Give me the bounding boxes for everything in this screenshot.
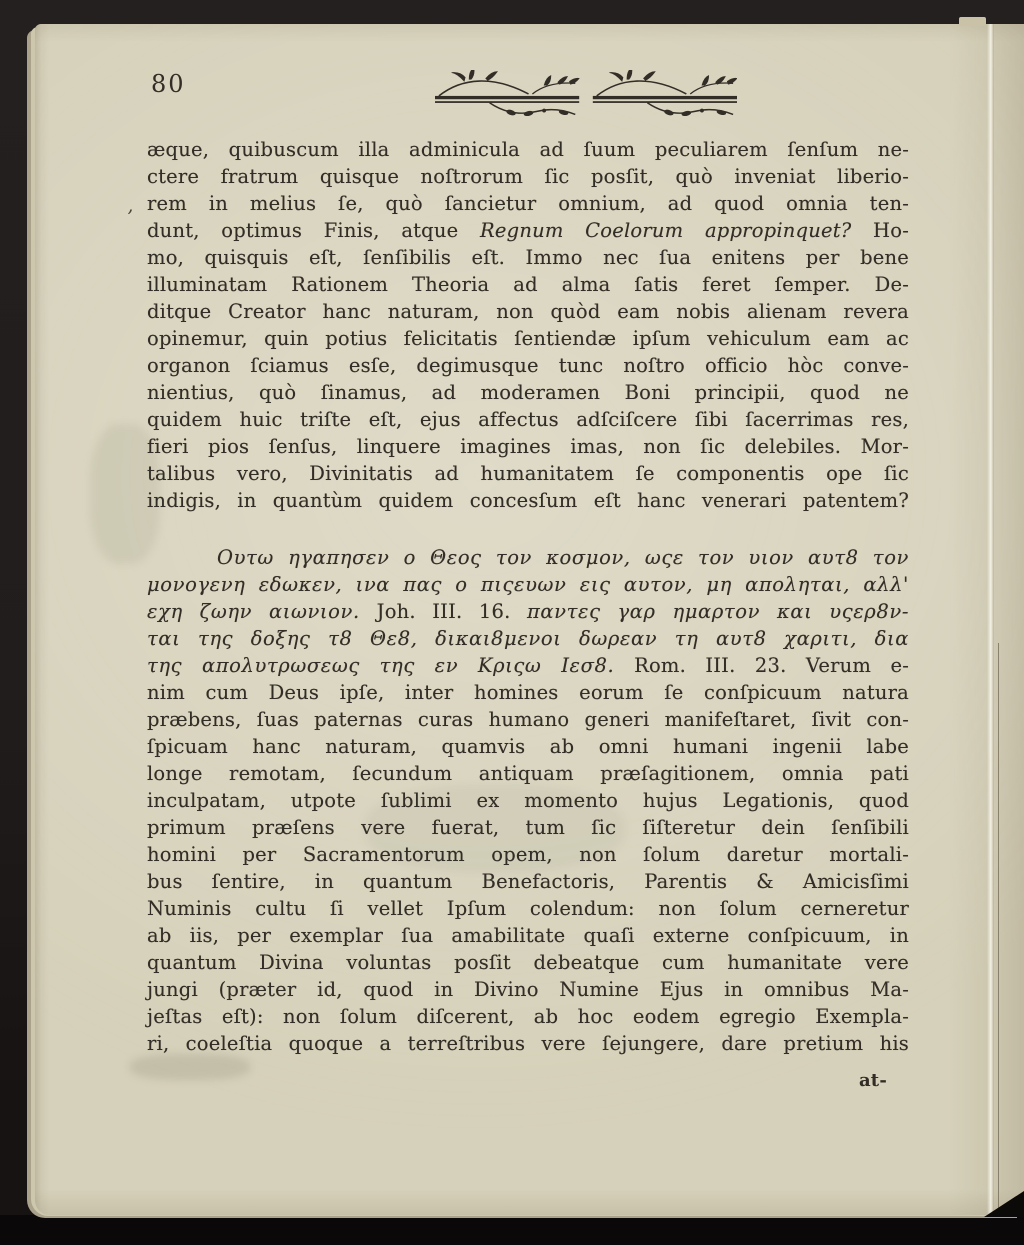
text-line: ab iis, per exemplar ſua amabilitate qua… [147, 922, 909, 949]
text-segment: παντες γαρ ημαρτον και υςερ8ν- [527, 600, 909, 623]
text-segment: μονογενη εδωκεν, ινα πας ο πιςευων εις α… [147, 573, 909, 596]
gutter-crease-line [998, 643, 999, 1211]
text-segment: Ho- [851, 219, 909, 242]
text-segment: talibus vero, Divinitatis ad humanitatem… [147, 462, 909, 485]
text-line: μονογενη εδωκεν, ινα πας ο πιςευων εις α… [147, 571, 909, 598]
text-segment: organon ſciamus esſe, degimusque tunc no… [147, 354, 909, 377]
text-line: talibus vero, Divinitatis ad humanitatem… [147, 460, 909, 487]
text-segment: primum præſens vere fuerat, tum ſic ſiſt… [147, 816, 909, 839]
text-line: præbens, ſuas paternas curas humano gene… [147, 706, 909, 733]
text-segment: ri, coeleſtia quoque a terreſtribus vere… [147, 1032, 909, 1055]
text-segment: εχη ζωην αιωνιον. [147, 600, 377, 623]
text-segment: rem in melius ſe, quò ſancietur omnium, … [147, 192, 909, 215]
text-line: εχη ζωην αιωνιον. Joh. III. 16. παντες γ… [147, 598, 909, 625]
text-segment: homini per Sacramentorum opem, non ſolum… [147, 843, 909, 866]
text-line: indigis, in quantùm quidem concesſum eſt… [147, 487, 909, 514]
text-line: Ουτω ηγαπησεν ο Θεος τον κοσμον, ωςε τον… [147, 544, 909, 571]
text-segment: inculpatam, utpote ſublimi ex momento hu… [147, 789, 909, 812]
text-segment: præbens, ſuas paternas curas humano gene… [147, 708, 909, 731]
text-segment: bus ſentire, in quantum Benefactoris, Pa… [147, 870, 909, 893]
paragraph-2: Ουτω ηγαπησεν ο Θεος τον κοσμον, ωςε τον… [147, 544, 909, 1057]
text-segment: mo, quisquis eſt, ſenſibilis eſt. Immo n… [147, 246, 909, 269]
text-segment: fieri pios ſenſus, linquere imagines ima… [147, 435, 909, 458]
paragraph-1: æque, quibuscum illa adminicula ad ſuum … [147, 136, 909, 514]
text-line: ditque Creator hanc naturam, non quòd ea… [147, 298, 909, 325]
text-segment: ctere fratrum quisque noſtrorum ſic posſ… [147, 165, 909, 188]
text-segment: dunt, optimus Finis, atque [147, 219, 480, 242]
text-line: της απολυτρωσεως της εν Κριςω Ιεσ8. Rom.… [147, 652, 909, 679]
text-line: nientius, quò ſinamus, ad moderamen Boni… [147, 379, 909, 406]
text-segment: longe remotam, ſecundum antiquam præſagi… [147, 762, 909, 785]
text-line: bus ſentire, in quantum Benefactoris, Pa… [147, 868, 909, 895]
text-segment: illuminatam Rationem Theoria ad alma ſat… [147, 273, 909, 296]
text-segment: quantum Divina voluntas posſit debeatque… [147, 951, 909, 974]
text-line: fieri pios ſenſus, linquere imagines ima… [147, 433, 909, 460]
text-segment: nientius, quò ſinamus, ad moderamen Boni… [147, 381, 909, 404]
text-segment: ται της δοξης τ8 Θε8, δικαι8μενοι δωρεαν… [147, 627, 909, 650]
text-segment: Joh. III. 16. [377, 600, 527, 623]
text-line: mo, quisquis eſt, ſenſibilis eſt. Immo n… [147, 244, 909, 271]
text-line: quidem huic triſte eſt, ejus affectus ad… [147, 406, 909, 433]
text-segment: της απολυτρωσεως της εν Κριςω Ιεσ8. [147, 654, 634, 677]
text-line: quantum Divina voluntas posſit debeatque… [147, 949, 909, 976]
bottom-shadow-band [0, 1215, 1024, 1245]
text-line: illuminatam Rationem Theoria ad alma ſat… [147, 271, 909, 298]
headpiece-icon [435, 70, 737, 116]
text-segment: ſpicuam hanc naturam, quamvis ab omni hu… [147, 735, 909, 758]
text-line: ſpicuam hanc naturam, quamvis ab omni hu… [147, 733, 909, 760]
text-line: opinemur, quin potius felicitatis ſentie… [147, 325, 909, 352]
text-line: inculpatam, utpote ſublimi ex momento hu… [147, 787, 909, 814]
text-line: jeſtas eſt): non ſolum diſcerent, ab hoc… [147, 1003, 909, 1030]
text-segment: opinemur, quin potius felicitatis ſentie… [147, 327, 909, 350]
floral-headpiece-ornament [435, 70, 737, 116]
text-segment: indigis, in quantùm quidem concesſum eſt… [147, 489, 909, 512]
book-page: 80 [35, 24, 1024, 1215]
text-line: ri, coeleſtia quoque a terreſtribus vere… [147, 1030, 909, 1057]
text-line: rem in melius ſe, quò ſancietur omnium, … [147, 190, 909, 217]
text-line: ται της δοξης τ8 Θε8, δικαι8μενοι δωρεαν… [147, 625, 909, 652]
text-line: primum præſens vere fuerat, tum ſic ſiſt… [147, 814, 909, 841]
text-line: æque, quibuscum illa adminicula ad ſuum … [147, 136, 909, 163]
text-segment: Numinis cultu ſi vellet Ipſum colendum: … [147, 897, 909, 920]
text-block: æque, quibuscum illa adminicula ad ſuum … [147, 136, 909, 1091]
text-segment: Rom. III. 23. Verum e- [634, 654, 909, 677]
text-line: longe remotam, ſecundum antiquam præſagi… [147, 760, 909, 787]
text-line: nim cum Deus ipſe, inter homines eorum ſ… [147, 679, 909, 706]
text-line: homini per Sacramentorum opem, non ſolum… [147, 841, 909, 868]
text-segment: Ουτω ηγαπησεν ο Θεος τον κοσμον, ωςε τον… [217, 546, 909, 569]
text-line: Numinis cultu ſi vellet Ipſum colendum: … [147, 895, 909, 922]
text-line: jungi (præter id, quod in Divino Numine … [147, 976, 909, 1003]
text-segment: jungi (præter id, quod in Divino Numine … [147, 978, 909, 1001]
text-segment: ditque Creator hanc naturam, non quòd ea… [147, 300, 909, 323]
text-segment: jeſtas eſt): non ſolum diſcerent, ab hoc… [147, 1005, 909, 1028]
text-line: ctere fratrum quisque noſtrorum ſic posſ… [147, 163, 909, 190]
text-segment: Regnum Coelorum appropinquet? [480, 219, 851, 242]
adjacent-leaf-tab [959, 17, 986, 26]
page-number: 80 [151, 70, 186, 98]
text-segment: nim cum Deus ipſe, inter homines eorum ſ… [147, 681, 909, 704]
text-segment: æque, quibuscum illa adminicula ad ſuum … [147, 138, 909, 161]
text-segment: ab iis, per exemplar ſua amabilitate qua… [147, 924, 909, 947]
text-line: organon ſciamus esſe, degimusque tunc no… [147, 352, 909, 379]
stray-ink-mark: ’ [127, 206, 133, 228]
text-segment: quidem huic triſte eſt, ejus affectus ad… [147, 408, 909, 431]
text-line: dunt, optimus Finis, atque Regnum Coelor… [147, 217, 909, 244]
catchword: at- [147, 1070, 909, 1091]
gutter-crease-highlight [987, 24, 994, 1215]
